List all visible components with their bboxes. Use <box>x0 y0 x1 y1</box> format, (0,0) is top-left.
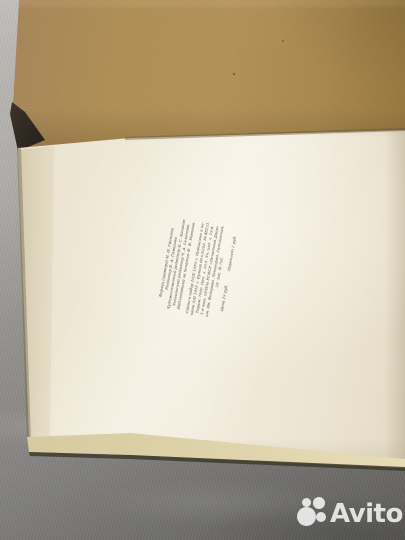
avito-brand-text: Avito <box>330 497 400 531</box>
kraft-endpaper-shading <box>0 0 405 150</box>
avito-logo-circle <box>313 497 325 509</box>
book-listing-photo: Форзац (гравюра) Н. И. Гришина Редактор … <box>0 0 405 540</box>
avito-logo-circle <box>297 507 316 526</box>
avito-logo-icon <box>296 496 330 530</box>
avito-watermark: Avito <box>296 496 402 532</box>
avito-logo-circle <box>302 498 311 507</box>
avito-logo-circle <box>316 512 326 522</box>
paper-speck <box>233 73 235 75</box>
paper-speck <box>282 40 284 42</box>
